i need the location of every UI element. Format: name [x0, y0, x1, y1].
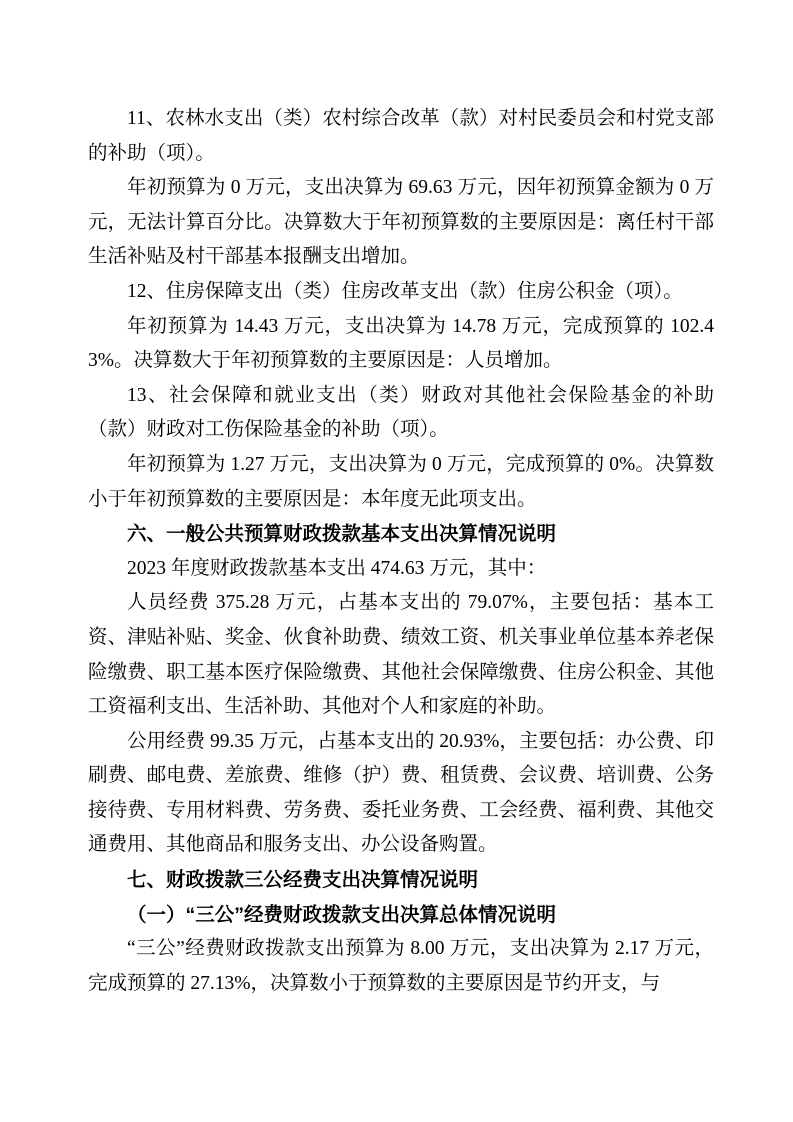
paragraph: 年初预算为 14.43 万元，支出决算为 14.78 万元，完成预算的 102.… [88, 310, 714, 379]
paragraph: 人员经费 375.28 万元，占基本支出的 79.07%，主要包括：基本工资、津… [88, 586, 714, 724]
section-heading: （一）“三公”经费财政拨款支出决算总体情况说明 [88, 898, 714, 933]
paragraph: 年初预算为 0 万元，支出决算为 69.63 万元，因年初预算金额为 0 万元，… [88, 171, 714, 275]
section-heading: 七、财政拨款三公经费支出决算情况说明 [88, 863, 714, 898]
paragraph: “三公”经费财政拨款支出预算为 8.00 万元，支出决算为 2.17 万元，完成… [88, 932, 714, 1001]
paragraph: 13、社会保障和就业支出（类）财政对其他社会保险基金的补助（款）财政对工伤保险基… [88, 379, 714, 448]
paragraph: 年初预算为 1.27 万元，支出决算为 0 万元，完成预算的 0%。决算数小于年… [88, 448, 714, 517]
paragraph: 12、住房保障支出（类）住房改革支出（款）住房公积金（项）。 [88, 275, 714, 310]
document-body: 11、农林水支出（类）农村综合改革（款）对村民委员会和村党支部的补助（项）。年初… [88, 102, 714, 1001]
paragraph: 2023 年度财政拨款基本支出 474.63 万元，其中： [88, 552, 714, 587]
paragraph: 公用经费 99.35 万元，占基本支出的 20.93%，主要包括：办公费、印刷费… [88, 725, 714, 863]
document-page: 11、农林水支出（类）农村综合改革（款）对村民委员会和村党支部的补助（项）。年初… [0, 0, 793, 1122]
section-heading: 六、一般公共预算财政拨款基本支出决算情况说明 [88, 517, 714, 552]
paragraph: 11、农林水支出（类）农村综合改革（款）对村民委员会和村党支部的补助（项）。 [88, 102, 714, 171]
